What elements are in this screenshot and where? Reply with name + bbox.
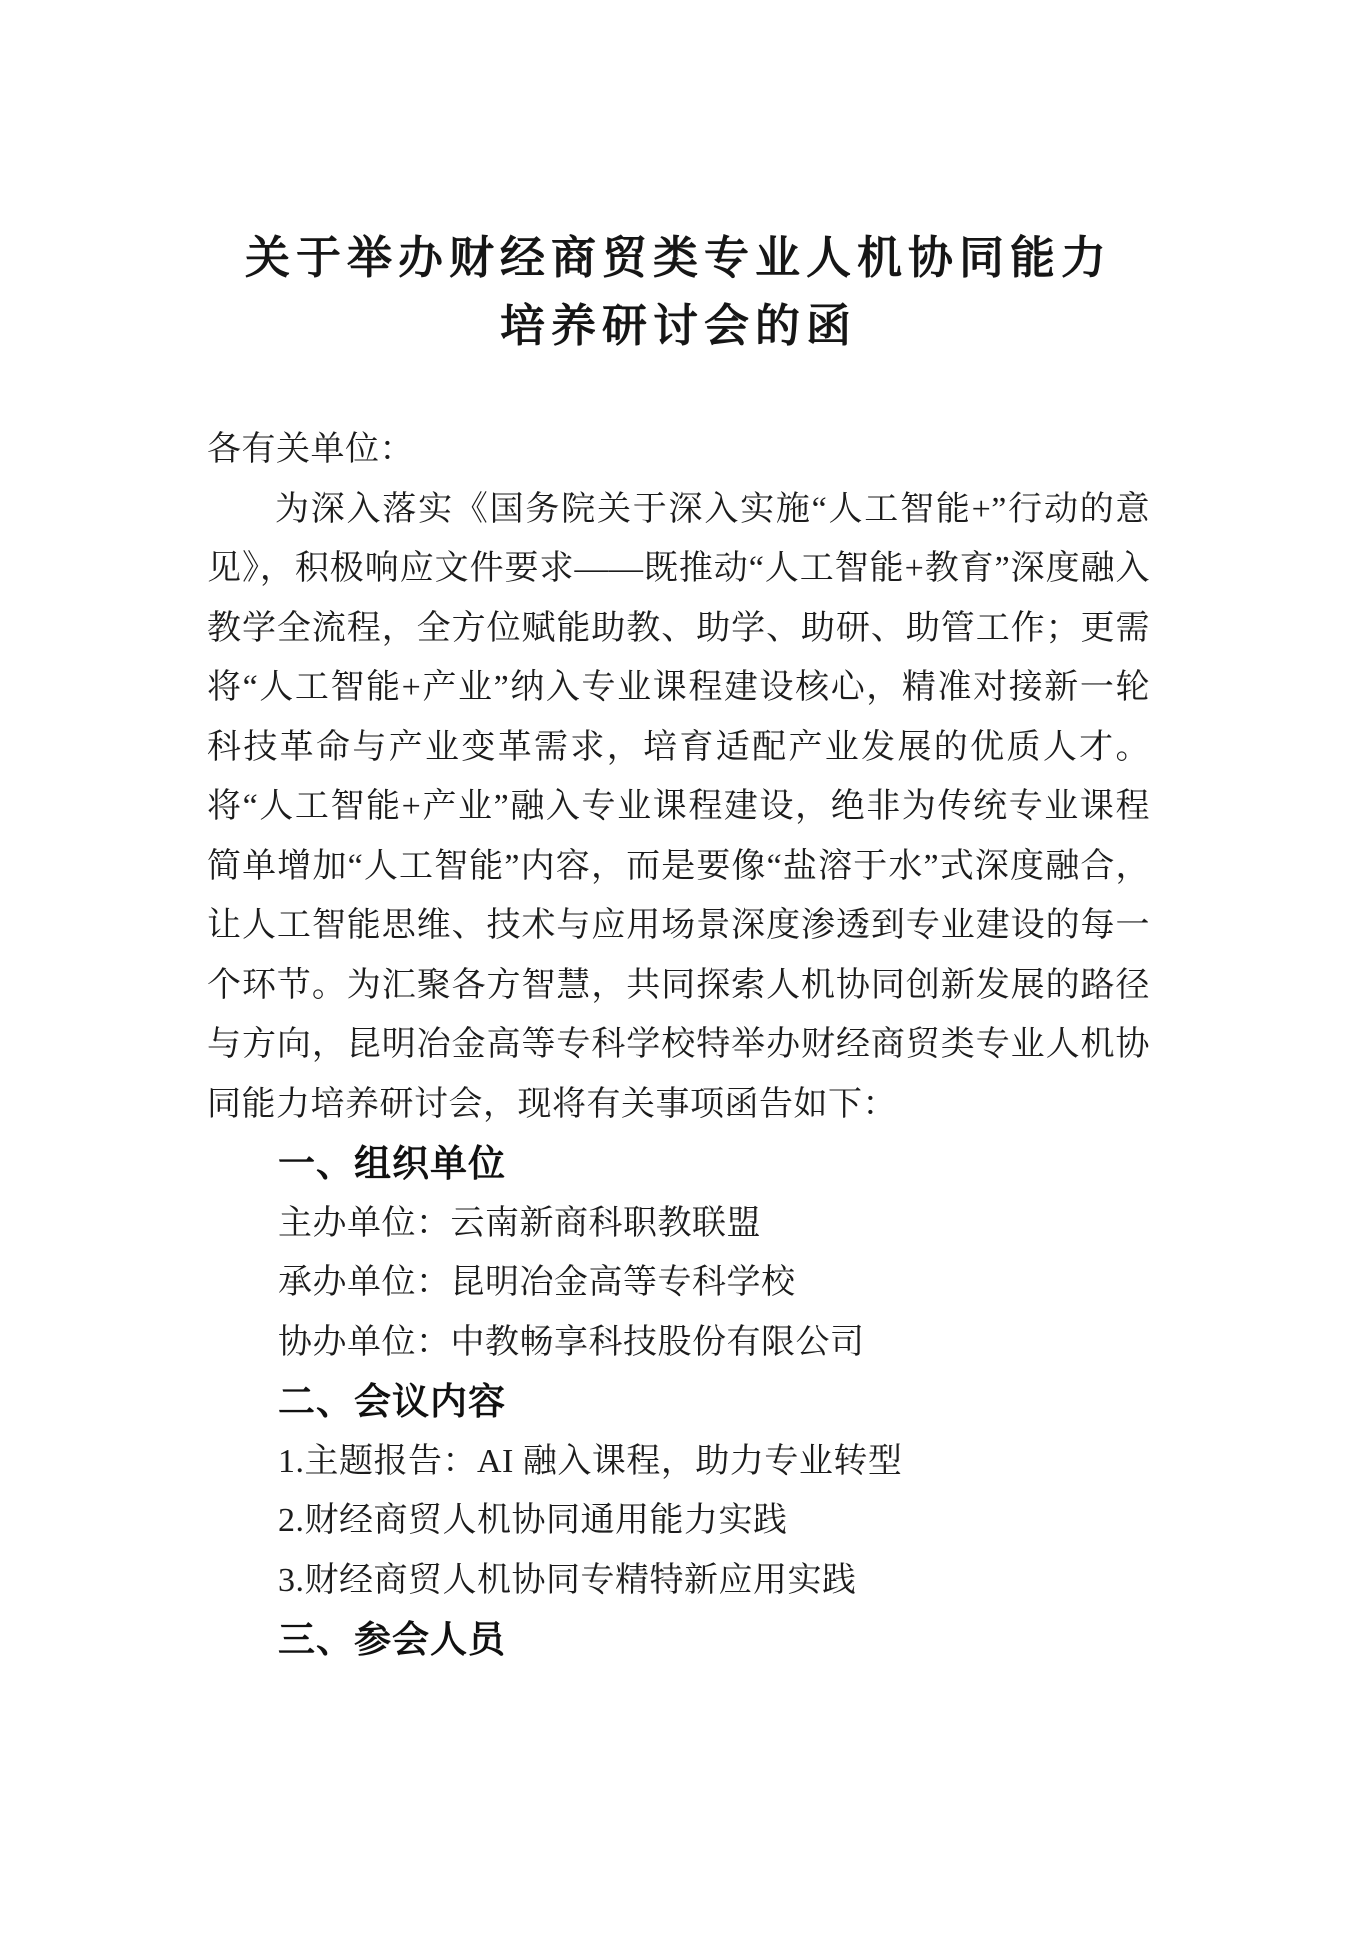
document-title: 关于举办财经商贸类专业人机协同能力 培养研讨会的函	[207, 0, 1150, 360]
section-1-item-coorganizer: 协办单位：中教畅享科技股份有限公司	[207, 1313, 1150, 1373]
section-2-heading: 二、会议内容	[207, 1372, 1150, 1432]
section-1-heading: 一、组织单位	[207, 1134, 1150, 1194]
section-3-heading: 三、参会人员	[207, 1610, 1150, 1670]
section-1-item-host: 主办单位：云南新商科职教联盟	[207, 1194, 1150, 1254]
document-content: 关于举办财经商贸类专业人机协同能力 培养研讨会的函 各有关单位： 为深入落实《国…	[207, 0, 1150, 1670]
intro-paragraph: 为深入落实《国务院关于深入实施“人工智能+”行动的意见》，积极响应文件要求——既…	[207, 480, 1150, 1135]
section-1-item-organizer: 承办单位：昆明冶金高等专科学校	[207, 1253, 1150, 1313]
document-title-line-1: 关于举办财经商贸类专业人机协同能力	[207, 224, 1150, 292]
section-2-item-3: 3.财经商贸人机协同专精特新应用实践	[207, 1551, 1150, 1611]
document-page: 关于举办财经商贸类专业人机协同能力 培养研讨会的函 各有关单位： 为深入落实《国…	[0, 0, 1366, 1933]
section-2-item-1: 1.主题报告：AI 融入课程，助力专业转型	[207, 1432, 1150, 1492]
section-2-item-2: 2.财经商贸人机协同通用能力实践	[207, 1491, 1150, 1551]
greeting-line: 各有关单位：	[207, 420, 1150, 480]
document-title-line-2: 培养研讨会的函	[207, 292, 1150, 360]
document-body: 各有关单位： 为深入落实《国务院关于深入实施“人工智能+”行动的意见》，积极响应…	[207, 420, 1150, 1670]
